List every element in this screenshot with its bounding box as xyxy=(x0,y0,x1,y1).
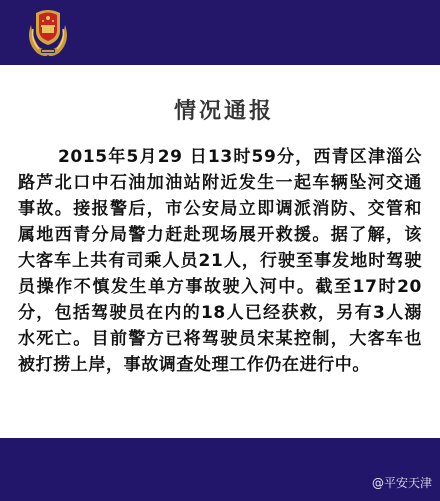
header-band xyxy=(0,0,440,65)
footer-band: @平安天津 xyxy=(0,438,440,501)
police-emblem-icon xyxy=(23,7,73,59)
notice-body: 2015年5月29 日13时59分，西青区津淄公路芦北口中石油加油站附近发生一起… xyxy=(18,144,422,378)
notice-title: 情况通报 xyxy=(0,94,440,125)
watermark-text: @平安天津 xyxy=(372,474,432,491)
